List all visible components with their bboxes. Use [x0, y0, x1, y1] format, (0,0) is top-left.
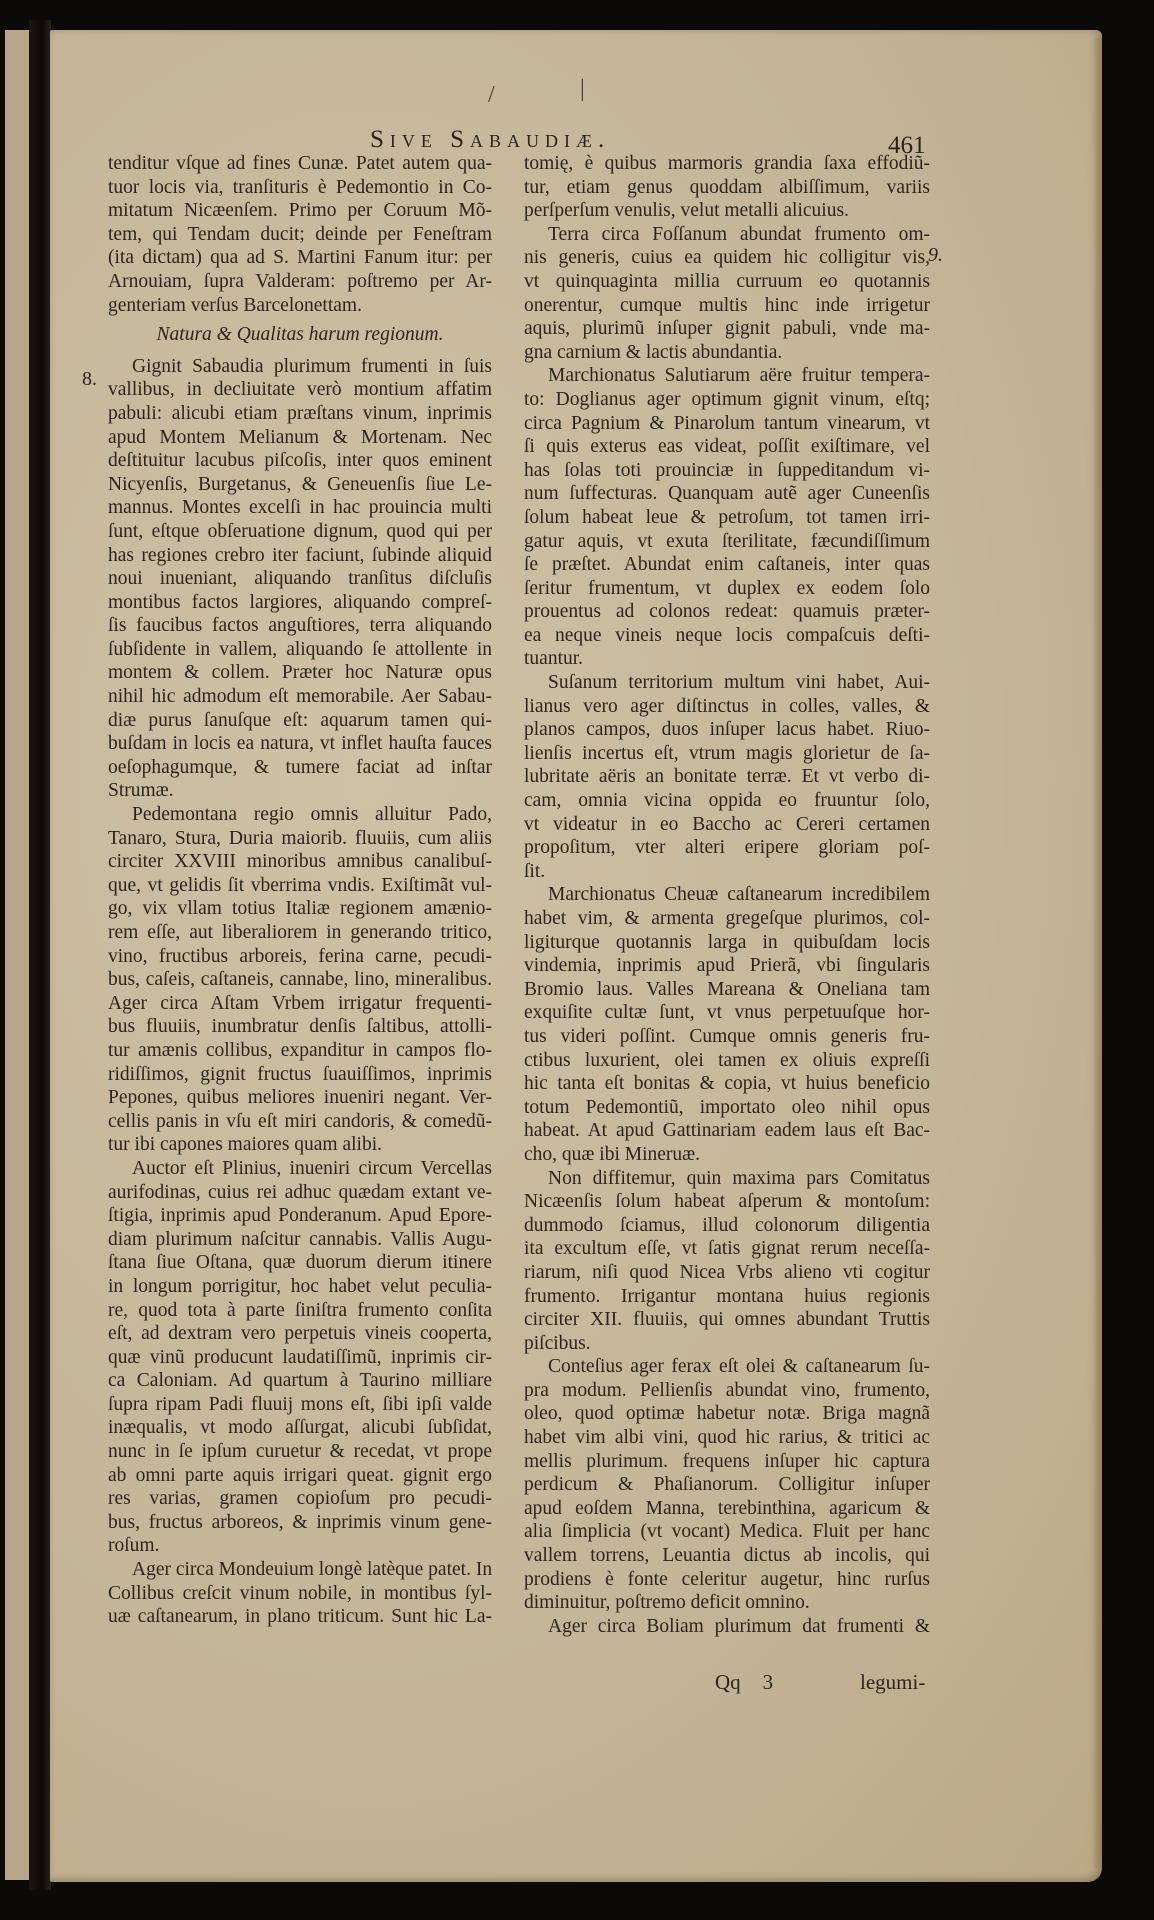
text-line: ſolum habeat leue & petroſum, tot tamen … — [524, 506, 930, 530]
text-line: ſe præſtet. Abundat enim caſtaneis, inte… — [524, 553, 930, 577]
text-line: tomię, è quibus marmoris grandia ſaxa ef… — [524, 152, 930, 176]
text-line: Ager circa Boliam plurimum dat frumenti … — [524, 1615, 930, 1639]
text-line: tuor locis via, tranſituris è Pedemontio… — [108, 176, 492, 200]
signature-mark: Qq3 — [715, 1670, 773, 1695]
text-line: ſtigia, inprimis apud Ponderanum. Apud E… — [108, 1204, 492, 1228]
text-line: (ita dictam) qua ad S. Martini Fanum itu… — [108, 246, 492, 270]
text-line: mellis plurimum. frequens inſuper hic ca… — [524, 1450, 930, 1474]
text-line: eſt, ad dextram vero perpetuis vineis co… — [108, 1322, 492, 1346]
text-line: Suſanum territorium multum vini habet, A… — [524, 671, 930, 695]
section-heading: Natura & Qualitas harum regionum. — [108, 317, 492, 355]
text-line: propoſitum, vter alteri eripere gloriam … — [524, 836, 930, 860]
text-line: diam plurimum naſcitur cannabis. Vallis … — [108, 1228, 492, 1252]
text-line: nis generis, cuius ea quidem hic colligi… — [524, 246, 930, 270]
text-line: ſit. — [524, 860, 930, 884]
text-line: bus, caſeis, caſtaneis, cannabe, lino, m… — [108, 968, 492, 992]
text-line: pra modum. Pellienſis abundat vino, frum… — [524, 1379, 930, 1403]
text-line: circiter XII. fluuiis, qui omnes abundan… — [524, 1308, 930, 1332]
text-line: res varias, gramen copioſum pro pecudi- — [108, 1487, 492, 1511]
text-line: exquiſite cultæ ſunt, vt vnus perpetuuſq… — [524, 1001, 930, 1025]
paragraph: tomię, è quibus marmoris grandia ſaxa ef… — [524, 152, 930, 223]
text-line: to: Doglianus ager optimum gignit vinum,… — [524, 388, 930, 412]
text-line: perdicum & Phaſianorum. Colligitur inſup… — [524, 1473, 930, 1497]
text-line: ridiſſimos, gignit fructus ſuauiſſimos, … — [108, 1063, 492, 1087]
right-column: tomię, è quibus marmoris grandia ſaxa ef… — [524, 152, 930, 1638]
text-line: ſunt, eſtque obſeruatione dignum, quod q… — [108, 520, 492, 544]
paragraph: Terra circa Foſſanum abundat frumento om… — [524, 223, 930, 365]
text-line: cho, quæ ibi Mineruæ. — [524, 1143, 930, 1167]
text-line: habeat. At apud Gattinariam eadem laus e… — [524, 1119, 930, 1143]
text-line: buſdam in locis ea natura, vt inflet hau… — [108, 732, 492, 756]
paragraph: Auctor eſt Plinius, inueniri circum Verc… — [108, 1157, 492, 1558]
text-line: Conteſius ager ferax eſt olei & caſtanea… — [524, 1355, 930, 1379]
text-line: vallibus, in decliuitate verò montium af… — [108, 378, 492, 402]
left-column: tenditur vſque ad fines Cunæ. Patet aute… — [108, 152, 492, 1629]
paragraph: Gignit Sabaudia plurimum frumenti in ſui… — [108, 355, 492, 803]
text-line: Marchionatus Cheuæ caſtanearum incredibi… — [524, 883, 930, 907]
text-line: noui inueniant, aliquando tranſitus diſc… — [108, 567, 492, 591]
text-line: lienſis incertus eſt, vtrum magis glorie… — [524, 742, 930, 766]
paragraph: Marchionatus Cheuæ caſtanearum incredibi… — [524, 883, 930, 1166]
text-line: riarum, niſi quod Nicea Vrbs alieno vti … — [524, 1261, 930, 1285]
paragraph: Ager circa Mondeuium longè latèque patet… — [108, 1558, 492, 1629]
text-line: circa Pagnium & Pinarolum tantum vinearu… — [524, 412, 930, 436]
text-line: diæ purus ſanuſque eſt: aquarum tamen qu… — [108, 709, 492, 733]
text-line: lianus vero ager diſtinctus in colles, v… — [524, 695, 930, 719]
paragraph: Suſanum territorium multum vini habet, A… — [524, 671, 930, 883]
running-head: Sive Sabaudiæ. — [370, 126, 610, 154]
text-line: vt videatur in eo Baccho ac Cereri certa… — [524, 813, 930, 837]
text-line: oleo, quod optimæ habetur notæ. Briga ma… — [524, 1402, 930, 1426]
adjacent-page-edge — [5, 30, 30, 1880]
pen-mark: / — [488, 82, 495, 109]
text-line: go, vix vllam totius Italiæ regionem amæ… — [108, 897, 492, 921]
text-line: planos campos, duos inſuper lacus habet.… — [524, 718, 930, 742]
text-line: Auctor eſt Plinius, inueniri circum Verc… — [108, 1157, 492, 1181]
text-line: Ager circa Aſtam Vrbem irrigatur frequen… — [108, 992, 492, 1016]
text-line: cellis panis in vſu eſt miri candoris, &… — [108, 1110, 492, 1134]
text-line: ab omni parte aquis irrigari queat. gign… — [108, 1464, 492, 1488]
text-line: diminuitur, poſtremo deficit omnino. — [524, 1591, 930, 1615]
signature-letters: Qq — [715, 1670, 741, 1694]
text-line: nunc in ſe ipſum curuetur & recedat, vt … — [108, 1440, 492, 1464]
text-line: Bromio laus. Valles Mareana & Oneliana t… — [524, 978, 930, 1002]
text-line: Collibus creſcit vinum nobile, in montib… — [108, 1582, 492, 1606]
paragraph: Non diffitemur, quin maxima pars Comitat… — [524, 1167, 930, 1356]
text-line: piſcibus. — [524, 1332, 930, 1356]
paragraph: Conteſius ager ferax eſt olei & caſtanea… — [524, 1355, 930, 1615]
text-line: habet vim albi vini, quod hic rarius, & … — [524, 1426, 930, 1450]
text-line: tenditur vſque ad fines Cunæ. Patet aute… — [108, 152, 492, 176]
text-line: has ſolas toti prouinciæ in ſuppeditandu… — [524, 459, 930, 483]
text-line: Strumæ. — [108, 779, 492, 803]
paragraph: Marchionatus Salutiarum aëre fruitur tem… — [524, 364, 930, 671]
text-line: tem, qui Tendam ducit; deinde per Feneſt… — [108, 223, 492, 247]
text-line: onerentur, cumque multis hinc inde irrig… — [524, 294, 930, 318]
text-line: num ſuffecturas. Quanquam autẽ ager Cune… — [524, 482, 930, 506]
text-line: tuantur. — [524, 647, 930, 671]
text-line: inæqualis, vt modo aſſurgat, alicubi ſub… — [108, 1416, 492, 1440]
text-line: que, vt gelidis ſit vberrima vndis. Exiſ… — [108, 874, 492, 898]
text-line: oeſophagumque, & tumere faciat ad inſtar — [108, 756, 492, 780]
text-line: ſtana ſiue Oſtana, quæ duorum dierum iti… — [108, 1251, 492, 1275]
paragraph: Ager circa Boliam plurimum dat frumenti … — [524, 1615, 930, 1639]
text-line: in longum porrigitur, hoc habet velut pe… — [108, 1275, 492, 1299]
book-gutter — [29, 20, 51, 1890]
text-line: ligiturque quotannis larga in quibuſdam … — [524, 931, 930, 955]
text-line: has regiones crebro iter faciunt, ſubind… — [108, 544, 492, 568]
text-line: montibus factos largiores, aliquando com… — [108, 591, 492, 615]
text-line: rem eſſe, aut liberaliorem in generando … — [108, 921, 492, 945]
paragraph: tenditur vſque ad fines Cunæ. Patet aute… — [108, 152, 492, 317]
text-line: mannus. Montes excelſi in hac prouincia … — [108, 496, 492, 520]
text-line: ctibus luxurient, olei tamen ex oliuis e… — [524, 1049, 930, 1073]
pen-mark: | — [580, 76, 585, 103]
text-line: frumento. Irrigantur montana huius regio… — [524, 1285, 930, 1309]
text-line: tus videri poſſint. Cumque omnis generis… — [524, 1025, 930, 1049]
text-line: Terra circa Foſſanum abundat frumento om… — [524, 223, 930, 247]
text-line: apud eoſdem Manna, terebinthina, agaricu… — [524, 1497, 930, 1521]
text-line: totum Pedemontiũ, importato oleo nihil o… — [524, 1096, 930, 1120]
text-line: gna carnium & lactis abundantia. — [524, 341, 930, 365]
text-line: prouentus ad colonos redeat: quamuis præ… — [524, 600, 930, 624]
text-line: aquis, plurimũ inſuper gignit pabuli, vn… — [524, 317, 930, 341]
text-line: ea neque vineis neque locis compaſcuis d… — [524, 624, 930, 648]
text-line: montem & collem. Præter hoc Naturæ opus — [108, 661, 492, 685]
text-line: Tanaro, Stura, Duria maiorib. fluuiis, c… — [108, 827, 492, 851]
text-line: uæ caſtanearum, in plano triticum. Sunt … — [108, 1605, 492, 1629]
text-line: ſis faucibus factos anguſtiores, terra a… — [108, 614, 492, 638]
text-line: ſupra ripam Padi fluuij mons eſt, ſibi i… — [108, 1393, 492, 1417]
text-line: Pepones, quibus meliores inueniri negant… — [108, 1086, 492, 1110]
text-line: mitatum Nicæenſem. Primo per Coruum Mõ- — [108, 199, 492, 223]
text-line: perſperſum venulis, velut metalli alicui… — [524, 199, 930, 223]
text-line: ſeritur frumentum, vt duplex ex eodem ſo… — [524, 577, 930, 601]
text-line: ſubſidente in vallem, aliquando ſe attol… — [108, 638, 492, 662]
text-line: habet vim, & armenta gregeſque plurimos,… — [524, 907, 930, 931]
margin-note-right: 9. — [928, 244, 943, 267]
text-line: vindemia, inprimis apud Prierã, vbi ſing… — [524, 954, 930, 978]
paragraph: Pedemontana regio omnis alluitur Pado, T… — [108, 803, 492, 1157]
text-line: prodiens è fonte celeritur augetur, hinc… — [524, 1568, 930, 1592]
catchword: legumi- — [860, 1670, 925, 1695]
text-line: alia ſimplicia (vt vocant) Medica. Fluit… — [524, 1520, 930, 1544]
text-line: roſum. — [108, 1534, 492, 1558]
text-line: deſtituitur lacubus piſcoſis, inter quos… — [108, 449, 492, 473]
text-line: hic tanta eſt bonitas & copia, vt huius … — [524, 1072, 930, 1096]
text-line: Nicæenſis ſolum habeat aſperum & montoſu… — [524, 1190, 930, 1214]
text-line: Pedemontana regio omnis alluitur Pado, — [108, 803, 492, 827]
text-line: Nicyenſis, Burgetanus, & Geneuenſis ſiue… — [108, 473, 492, 497]
text-line: Ager circa Mondeuium longè latèque patet… — [108, 1558, 492, 1582]
page-edge-shadow — [1092, 38, 1102, 1868]
text-line: bus, fructus arboreos, & inprimis vinum … — [108, 1511, 492, 1535]
text-line: lubritate aëris an bonitate terræ. Et vt… — [524, 765, 930, 789]
text-line: tur, etiam genus quoddam albiſſimum, var… — [524, 176, 930, 200]
text-line: ita excultum eſſe, vt ſatis gignat rerum… — [524, 1237, 930, 1261]
text-line: circiter XXVIII minoribus amnibus canali… — [108, 850, 492, 874]
text-line: ca Caloniam. Ad quartum à Taurino millia… — [108, 1369, 492, 1393]
text-line: tur ibi capones maiores quam alibi. — [108, 1133, 492, 1157]
text-line: Gignit Sabaudia plurimum frumenti in ſui… — [108, 355, 492, 379]
text-line: genteriam verſus Barcelonettam. — [108, 294, 492, 318]
text-line: quæ vinũ producunt laudatiſſimũ, inprimi… — [108, 1346, 492, 1370]
margin-note-left: 8. — [82, 368, 97, 391]
text-line: tur amænis collibus, expanditur in campo… — [108, 1039, 492, 1063]
text-line: gatur aquis, vt exuta ſterilitate, fæcun… — [524, 530, 930, 554]
text-line: cam, omnia vicina oppida eo fruuntur ſol… — [524, 789, 930, 813]
text-line: re, quod tota à parte ſiniſtra frumento … — [108, 1299, 492, 1323]
text-line: aurifodinas, cuius rei adhuc quædam exta… — [108, 1181, 492, 1205]
text-line: Non diffitemur, quin maxima pars Comitat… — [524, 1167, 930, 1191]
text-line: dummodo ſciamus, illud colonorum diligen… — [524, 1214, 930, 1238]
text-line: vino, fructibus arboreis, ferina carne, … — [108, 945, 492, 969]
text-line: apud Montem Melianum & Mortenam. Nec — [108, 426, 492, 450]
text-line: vallem torrens, Leuantia dictus ab incol… — [524, 1544, 930, 1568]
text-line: bus fluuiis, inumbratur denſis ſaltibus,… — [108, 1015, 492, 1039]
text-line: Marchionatus Salutiarum aëre fruitur tem… — [524, 364, 930, 388]
text-line: pabuli: alicubi etiam præſtans vinum, in… — [108, 402, 492, 426]
signature-number: 3 — [763, 1670, 774, 1694]
text-line: nihil hic admodum eſt memorabile. Aer Sa… — [108, 685, 492, 709]
text-line: ſi quis exterus eas videat, poſſit exiſt… — [524, 435, 930, 459]
text-line: Arnouiam, ſupra Valderam: poſtremo per A… — [108, 270, 492, 294]
text-line: vt quinquaginta millia curruum eo quotan… — [524, 270, 930, 294]
